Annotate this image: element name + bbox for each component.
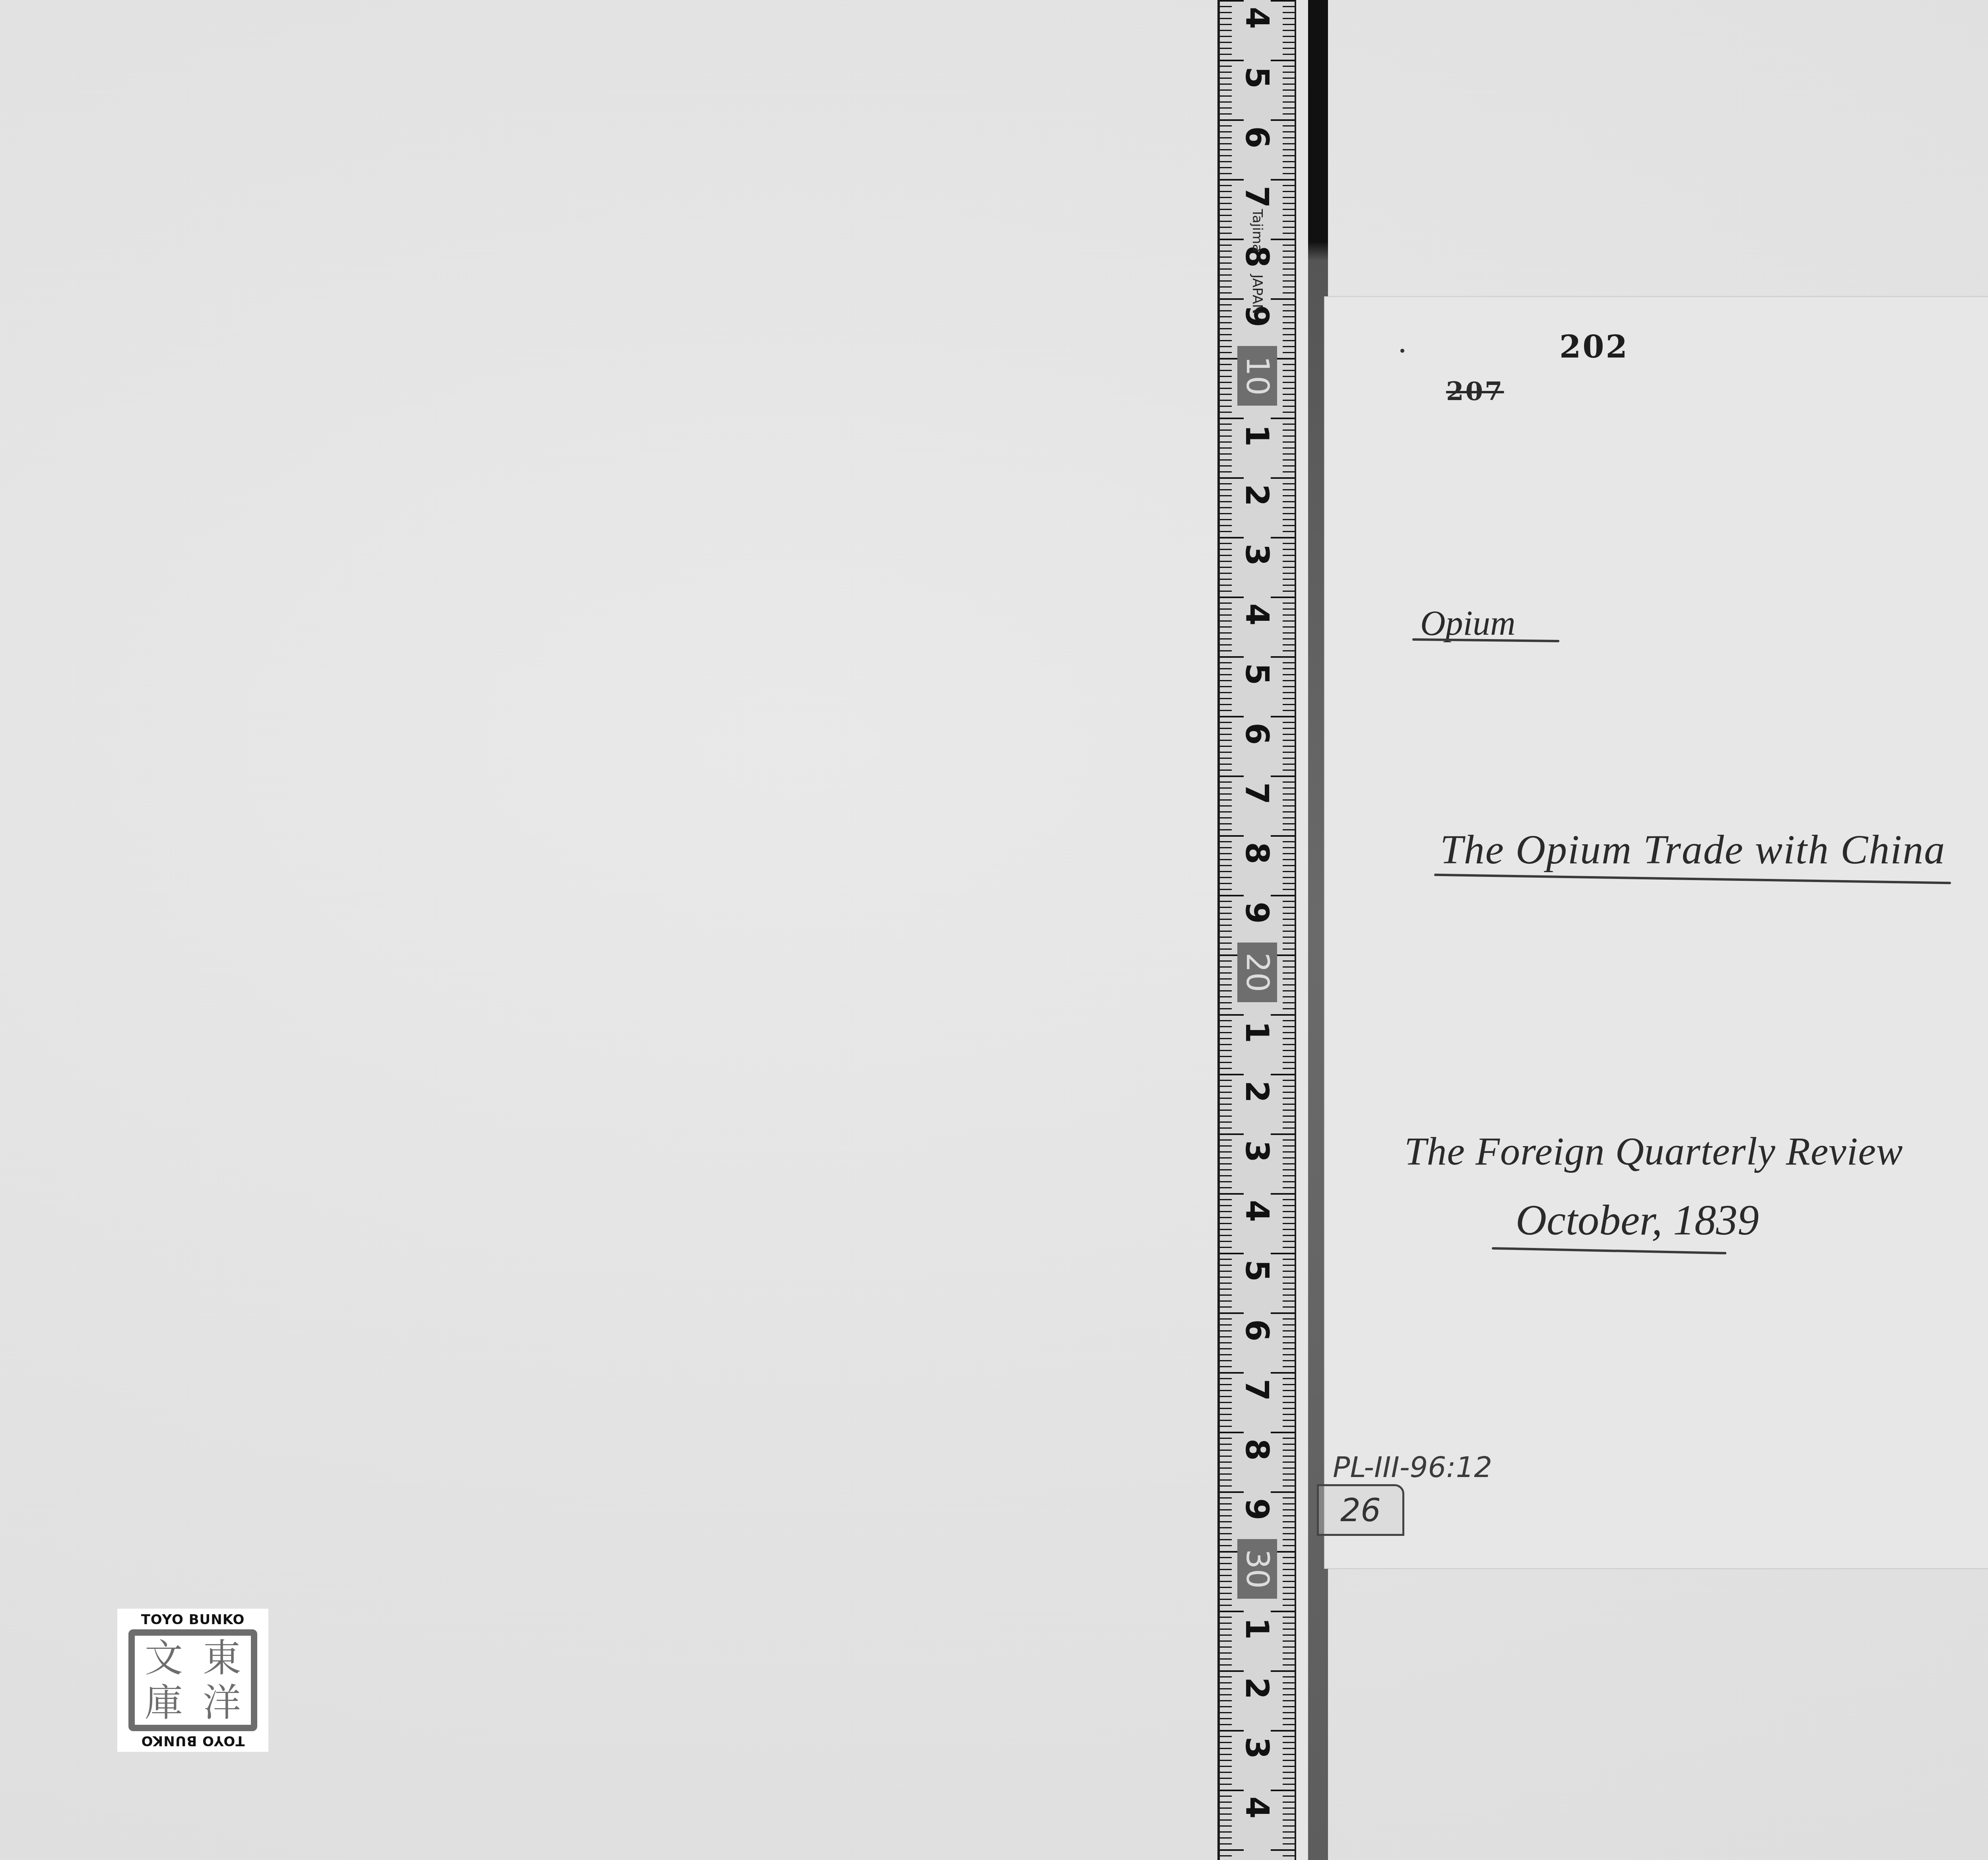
ruler-number: 4 — [1233, 591, 1281, 638]
ruler-number: 4 — [1233, 0, 1281, 42]
ruler-number: 6 — [1233, 1306, 1281, 1354]
ruler-number: 3 — [1233, 1724, 1281, 1772]
stamp-bottom-text: TOYO BUNKO — [117, 1733, 268, 1749]
ruler-number: 3 — [1233, 531, 1281, 579]
ruler-number: 5 — [1233, 54, 1281, 101]
seal-char: 東 — [203, 1639, 241, 1677]
ruler-number: 8 — [1233, 1426, 1281, 1473]
ruler-number: 6 — [1233, 710, 1281, 758]
ruler-number: 10 — [1237, 346, 1277, 406]
publication-date: October, 1839 — [1516, 1196, 1759, 1245]
ruler-number: 4 — [1233, 1187, 1281, 1235]
ruler-number: 8 — [1233, 829, 1281, 877]
ruler-number: 3 — [1233, 1127, 1281, 1175]
ruler-number: 5 — [1233, 650, 1281, 698]
ruler-number: 9 — [1233, 889, 1281, 937]
measuring-ruler: 4567891012345678920123456789301234 Tajim… — [1217, 0, 1297, 1860]
ruler-number: 1 — [1233, 1605, 1281, 1652]
ruler-number: 9 — [1233, 1485, 1281, 1533]
ruler-number: 4 — [1233, 1784, 1281, 1831]
document-title: The Opium Trade with China — [1440, 826, 1945, 873]
date-underline — [1492, 1247, 1726, 1254]
seal-char: 庫 — [145, 1683, 183, 1722]
seal-char: 洋 — [203, 1683, 241, 1722]
ruler-number: 20 — [1237, 943, 1277, 1002]
title-underline — [1434, 874, 1951, 884]
ruler-number: 1 — [1233, 412, 1281, 459]
ruler-number: 2 — [1233, 471, 1281, 519]
folio-number: 202 — [1559, 329, 1629, 365]
ruler-origin: JAPAN — [1249, 274, 1265, 314]
seal-icon: 文 東 庫 洋 — [128, 1629, 257, 1731]
seal-char: 文 — [145, 1639, 183, 1677]
call-number: PL-III-96:12 — [1333, 1450, 1492, 1484]
ruler-number: 2 — [1233, 1664, 1281, 1712]
toyo-bunko-stamp-bottom: TOYO BUNKO 文 東 庫 洋 TOYO BUNKO — [117, 1609, 268, 1752]
stamp-top-text: TOYO BUNKO — [117, 1612, 268, 1628]
ruler-brand: Tajima — [1249, 209, 1265, 253]
ruler-number: 6 — [1233, 113, 1281, 161]
subject-label: Opium — [1420, 603, 1516, 643]
ruler-edge-highlight — [1296, 0, 1307, 1860]
source-publication: The Foreign Quarterly Review — [1404, 1128, 1903, 1174]
folio-number-struck: 207 — [1446, 377, 1504, 406]
ruler-number: 7 — [1233, 770, 1281, 817]
ruler-number: 30 — [1237, 1539, 1277, 1599]
box-number: 26 — [1340, 1492, 1381, 1529]
ink-dot — [1400, 349, 1404, 353]
ruler-number: 2 — [1233, 1068, 1281, 1116]
ruler-number: 7 — [1233, 1366, 1281, 1414]
document-page: 202 207 Opium The Opium Trade with China… — [1324, 296, 1988, 1569]
ruler-number: 1 — [1233, 1008, 1281, 1056]
ruler-number: 5 — [1233, 1247, 1281, 1294]
box-number-label: 26 — [1317, 1484, 1404, 1536]
